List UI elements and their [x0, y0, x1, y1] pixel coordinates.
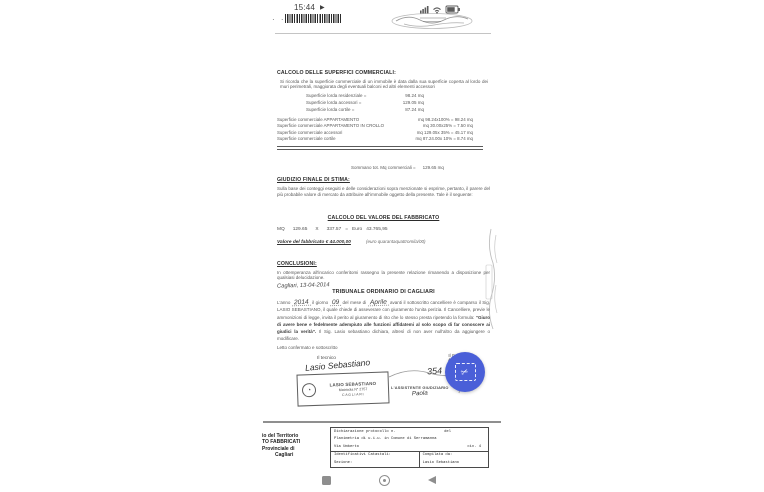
- handwritten-day: 09: [330, 301, 342, 306]
- crop-screenshot-fab[interactable]: ✂: [445, 352, 485, 392]
- table-row: Identificativi Catastali: Sezione: Compi…: [331, 451, 488, 467]
- agency-header: io del Territorio TO FABBRICATI Provinci…: [262, 433, 328, 458]
- section-body: Sulla base dei conteggi eseguiti e delle…: [277, 186, 490, 197]
- page-divider: [275, 33, 491, 34]
- valore-words: (euro quarantaquattromila/00): [366, 239, 426, 244]
- android-nav-bar: [262, 468, 502, 492]
- lorda-list: Superficie lorda residenziale =98.24 mq …: [306, 93, 424, 113]
- handwritten-year: 2014: [292, 301, 311, 307]
- section-body: In ottemperanza all'incarico conferitomi…: [277, 270, 490, 281]
- surveyor-stamp: ◔ LASIO SEBASTIANO Matricola N° 2757 CAG…: [296, 371, 389, 406]
- page-break-line: [263, 421, 501, 423]
- section-heading: CALCOLO DEL VALORE DEL FABBRICATO: [277, 215, 490, 221]
- table-row: Superficie lorda residenziale =98.24 mq: [306, 93, 424, 100]
- play-notification-icon: ▶: [320, 4, 325, 11]
- valore-result-line: Valore del fabbricato € 44.000,00 (euro …: [277, 239, 490, 245]
- section-heading: CONCLUSIONI:: [277, 261, 490, 267]
- table-row: Via Umberto civ. 4: [331, 443, 488, 451]
- barcode: [285, 14, 341, 23]
- handwritten-month: Aprile: [368, 301, 389, 307]
- crop-frame-icon: ✂: [455, 363, 476, 381]
- home-button[interactable]: [379, 475, 390, 486]
- section-intro: Si ricorda che la superficie commerciale…: [277, 79, 490, 90]
- home-dot-icon: [383, 479, 386, 482]
- section-giudizio: GIUDIZIO FINALE DI STIMA: Sulla base dei…: [277, 177, 490, 197]
- commerciale-list: Superficie commerciale APPARTAMENTOmq 98…: [277, 117, 473, 143]
- section-heading: GIUDIZIO FINALE DI STIMA:: [277, 177, 490, 183]
- section-valore: CALCOLO DEL VALORE DEL FABBRICATO MQ 129…: [277, 215, 490, 245]
- margin-stamp: [483, 225, 501, 360]
- catasto-form-table: Dichiarazione protocollo n. del Planimet…: [330, 427, 489, 468]
- table-row: Superficie commerciale cortilemq 87.24.0…: [277, 136, 473, 143]
- phone-screen: 15:44 ▶: [262, 0, 502, 492]
- table-row: Superficie lorda cortile =87.24 mq: [306, 107, 424, 114]
- section-tribunale: TRIBUNALE ORDINARIO DI CAGLIARI L'anno 2…: [277, 289, 490, 350]
- section-heading: CALCOLO DELLE SUPERFICI COMMERCIALI:: [277, 70, 490, 76]
- recents-button[interactable]: [322, 476, 331, 485]
- section-conclusioni: CONCLUSIONI: In ottemperanza all'incaric…: [277, 261, 490, 288]
- section-superfici: CALCOLO DELLE SUPERFICI COMMERCIALI: Si …: [277, 70, 490, 150]
- back-button[interactable]: [428, 476, 436, 484]
- valore-result: Valore del fabbricato € 44.000,00: [277, 240, 351, 245]
- table-row: Planimetria di u.i.u. in Comune di Serra…: [331, 436, 488, 444]
- oath-paragraph: L'anno 2014 il giorno 09 del mese di Apr…: [277, 299, 490, 343]
- tribunale-heading: TRIBUNALE ORDINARIO DI CAGLIARI: [277, 289, 490, 295]
- table-row: Superficie lorda accessori =129.05 mq: [306, 100, 424, 107]
- table-row: Dichiarazione protocollo n. del: [331, 428, 488, 436]
- scissors-icon: ✂: [460, 366, 470, 377]
- valore-formula: MQ 129.65 X 337.57 = Euro 43.765,95: [277, 227, 490, 232]
- stamp-logo-icon: ◔: [302, 383, 316, 397]
- page-fragment-dots: · ·: [272, 15, 286, 24]
- handwritten-signature: Lasio Sebastiano: [305, 357, 371, 373]
- double-rule: [277, 146, 483, 150]
- totale-line: Sommano tot. Mq commerciali = 129.65 mq: [351, 165, 444, 170]
- letto-line: Letto confermato e sottoscritto: [277, 345, 490, 350]
- catasto-page-fragment: io del Territorio TO FABBRICATI Provinci…: [262, 427, 502, 471]
- clock: 15:44: [294, 3, 315, 12]
